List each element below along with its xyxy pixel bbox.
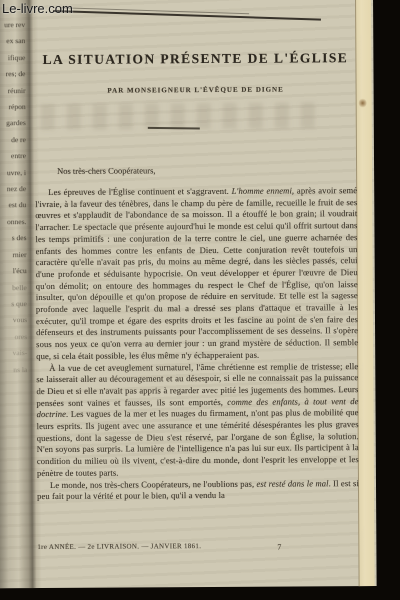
- gutter-fragment: répon: [0, 99, 26, 116]
- gutter-fragment: s que: [0, 296, 27, 313]
- gutter-fragment: gardes: [0, 116, 26, 133]
- book-photo: ure revex sanifiqueres; deréunirrépongar…: [0, 0, 400, 600]
- book-page: ure revex sanifiqueres; deréunirrépongar…: [0, 0, 377, 588]
- article-byline: PAR MONSEIGNEUR L'ÉVÊQUE DE DIGNE: [35, 85, 357, 95]
- footer: 1re ANNÉE. — 2e LIVRAISON. — JANVIER 186…: [37, 541, 359, 551]
- gutter-fragment: belle: [0, 280, 27, 297]
- issue-line: 1re ANNÉE. — 2e LIVRAISON. — JANVIER 186…: [37, 542, 201, 551]
- gutter-fragment: ex san: [0, 34, 25, 51]
- gutter-fragment: vais-: [0, 345, 27, 362]
- paragraph: Les épreuves de l'Église continuent et s…: [35, 185, 358, 363]
- gutter-fragment: uvre, i: [0, 165, 26, 182]
- paragraphs: Les épreuves de l'Église continuent et s…: [35, 185, 359, 503]
- gutter-fragment: onnes.: [0, 214, 26, 231]
- gutter-fragment: ns la: [0, 362, 27, 379]
- gutter-fragment: nez de: [0, 181, 26, 198]
- gutter-fragment: vous: [0, 312, 27, 329]
- gutter-fragment: entre: [0, 148, 26, 165]
- paragraph: À la vue de cet aveuglement surnaturel, …: [36, 361, 359, 480]
- gutter-fragment: ores: [0, 329, 27, 346]
- salutation: Nos très-chers Coopérateurs,: [57, 165, 155, 176]
- gutter-fragment: rnier: [0, 247, 27, 264]
- paragraph: Le monde, nos très-chers Coopérateurs, n…: [37, 478, 359, 503]
- gutter-fragment: est du: [0, 198, 26, 215]
- gutter-fragment: de re: [0, 132, 26, 149]
- show-through-band: [41, 102, 316, 130]
- gutter-fragment: l'écu: [0, 263, 27, 280]
- gutter-fragment: ure rev: [0, 17, 25, 34]
- gutter-fragment: s des: [0, 230, 27, 247]
- stain-spot: [359, 98, 367, 108]
- printed-content: LA SITUATION PRÉSENTE DE L'ÉGLISE PAR MO…: [34, 38, 356, 40]
- gutter-fragment: réunir: [0, 83, 26, 100]
- page-number: 7: [277, 543, 281, 552]
- gutter-fragment: res; de: [0, 66, 26, 83]
- watermark: Le-livre.com: [2, 1, 73, 16]
- header-rule: [53, 10, 321, 20]
- article-title: LA SITUATION PRÉSENTE DE L'ÉGLISE: [34, 50, 356, 68]
- gutter-fragment: ifique: [0, 50, 25, 67]
- gutter-fragments: ure revex sanifiqueres; deréunirrépongar…: [0, 17, 27, 378]
